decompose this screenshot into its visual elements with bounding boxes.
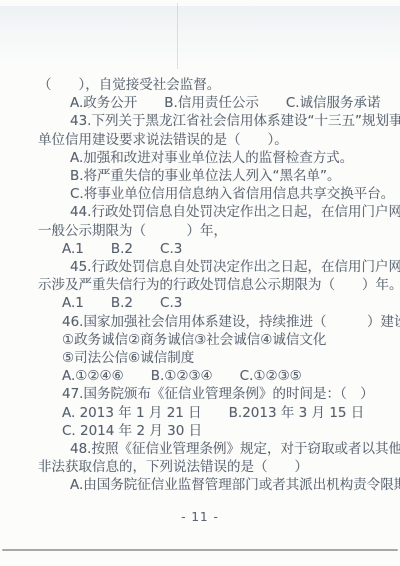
text-line: ⑤司法公信⑥诚信制度 — [0, 349, 400, 367]
text-line: 47.国务院颁布《征信业管理条例》的时间是：（ ） — [0, 385, 400, 403]
text-line: C.将事业单位信用信息纳入省信用信息共享交换平台。 — [0, 185, 400, 203]
text-line: A.1 B.2 C.3 — [0, 240, 400, 258]
text-line: 一般公示期限为（ ）年， — [0, 222, 400, 240]
scanned-exam-page: （ ），自觉接受社会监督。 A.政务公开 B.信用责任公示 C.诚信服务承诺 4… — [0, 0, 400, 566]
text-line: 示涉及严重失信行为的行政处罚信息公示期限为（ ）年。 — [0, 276, 400, 294]
text-line: A.由国务院征信业监督管理部门或者其派出机构责令限期改 — [0, 476, 400, 494]
paper-crease-line — [177, 3, 178, 69]
text-line: 单位信用建设要求说法错误的是（ ）。 — [0, 131, 400, 149]
text-line: A.1 B.2 C.3 — [0, 294, 400, 312]
page-number: - 11 - — [0, 510, 400, 524]
text-line: A.加强和改进对事业单位法人的监督检查方式。 — [0, 149, 400, 167]
text-line: 46.国家加强社会信用体系建设，持续推进（ ）建设。 — [0, 313, 400, 331]
text-line: 43.下列关于黑龙江省社会信用体系建设“十三五”规划事业 — [0, 112, 400, 130]
text-line: 非法获取信息的，下列说法错误的是（ ） — [0, 458, 400, 476]
text-line: 45.行政处罚信息自处罚决定作出之日起，在信用门户网站公 — [0, 258, 400, 276]
text-line: （ ），自觉接受社会监督。 — [0, 76, 400, 94]
text-line: 44.行政处罚信息自处罚决定作出之日起，在信用门户网站的 — [0, 203, 400, 221]
scan-top-shade — [0, 6, 400, 68]
text-line: A. 2013 年 1 月 21 日 B.2013 年 3 月 15 日 — [0, 404, 400, 422]
text-line: A.①②④⑥ B.①②③④ C.①②③⑤ — [0, 367, 400, 385]
text-line: ①政务诚信②商务诚信③社会诚信④诚信文化 — [0, 331, 400, 349]
exam-text-block: （ ），自觉接受社会监督。 A.政务公开 B.信用责任公示 C.诚信服务承诺 4… — [0, 76, 400, 495]
text-line: B.将严重失信的事业单位法人列入“黑名单”。 — [0, 167, 400, 185]
text-line: 48.按照《征信业管理条例》规定，对于窃取或者以其他方式 — [0, 440, 400, 458]
page-edge-shadow — [2, 549, 398, 551]
text-line: A.政务公开 B.信用责任公示 C.诚信服务承诺 — [0, 94, 400, 112]
text-line: C. 2014 年 2 月 30 日 — [0, 422, 400, 440]
